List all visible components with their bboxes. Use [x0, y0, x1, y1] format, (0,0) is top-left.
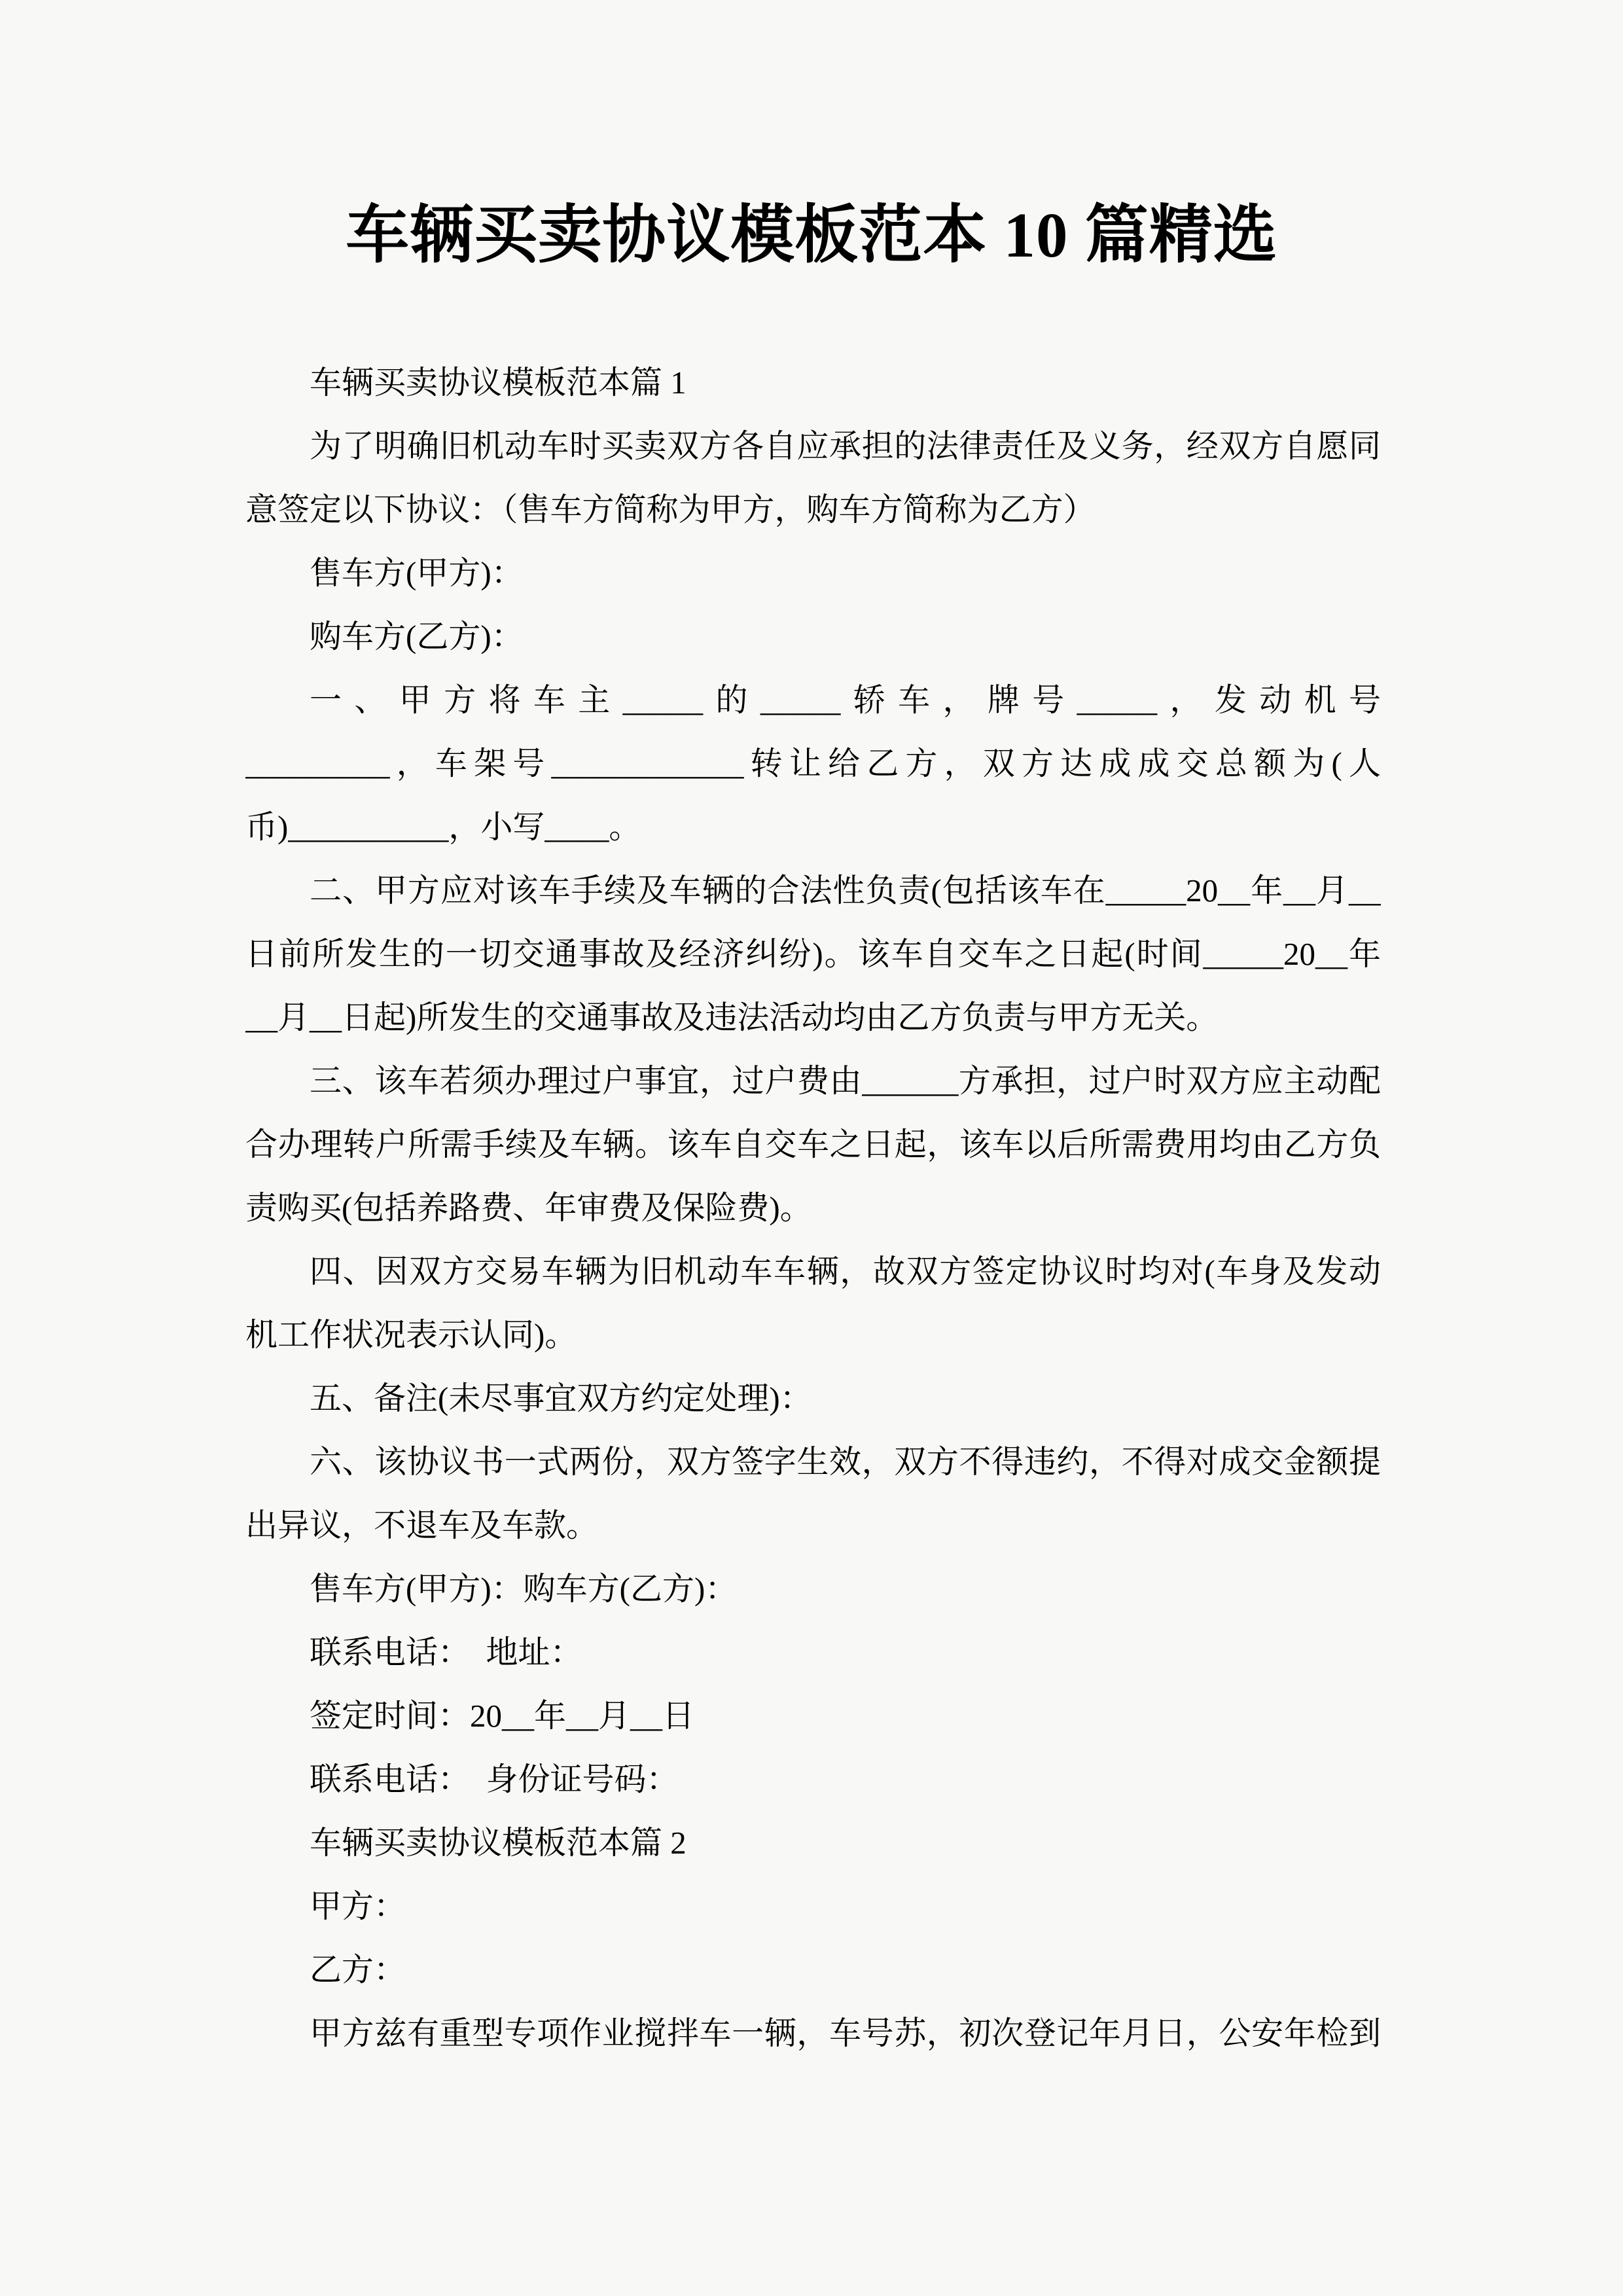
document-body: 车辆买卖协议模板范本篇 1为了明确旧机动车时买卖双方各自应承担的法律责任及义务，… [245, 351, 1381, 2065]
text-line: 合办理转户所需手续及车辆。该车自交车之日起，该车以后所需费用均由乙方负 [245, 1113, 1381, 1176]
text-line: _________，车架号____________转让给乙方，双方达成成交总额为… [245, 732, 1381, 795]
text-line: 乙方： [245, 1938, 1381, 2001]
text-line: 甲方： [245, 1874, 1381, 1938]
text-line: 五、备注(未尽事宜双方约定处理)： [245, 1367, 1381, 1430]
text-line: 一、甲方将车主_____的_____轿车，牌号_____，发动机号 [245, 668, 1381, 732]
text-line: 意签定以下协议：（售车方简称为甲方，购车方简称为乙方） [245, 478, 1381, 541]
text-line: 联系电话： 地址： [245, 1621, 1381, 1684]
text-line: 售车方(甲方)： [245, 541, 1381, 605]
text-line: 四、因双方交易车辆为旧机动车车辆，故双方签定协议时均对(车身及发动 [245, 1240, 1381, 1303]
text-line: 责购买(包括养路费、年审费及保险费)。 [245, 1176, 1381, 1240]
text-line: 车辆买卖协议模板范本篇 1 [245, 351, 1381, 414]
text-line: 三、该车若须办理过户事宜，过户费由______方承担，过户时双方应主动配 [245, 1049, 1381, 1113]
text-line: 售车方(甲方)：购车方(乙方)： [245, 1557, 1381, 1621]
text-line: 车辆买卖协议模板范本篇 2 [245, 1811, 1381, 1874]
text-line: 联系电话： 身份证号码： [245, 1748, 1381, 1811]
text-line: __月__日起)所发生的交通事故及违法活动均由乙方负责与甲方无关。 [245, 986, 1381, 1049]
text-line: 为了明确旧机动车时买卖双方各自应承担的法律责任及义务，经双方自愿同 [245, 414, 1381, 478]
text-line: 出异议，不退车及车款。 [245, 1494, 1381, 1557]
document-page: 车辆买卖协议模板范本 10 篇精选 车辆买卖协议模板范本篇 1为了明确旧机动车时… [0, 0, 1623, 2296]
document-title: 车辆买卖协议模板范本 10 篇精选 [0, 196, 1623, 275]
scanned-document: { "page": { "background_color": "#f8f8f6… [0, 0, 1623, 2296]
text-line: 六、该协议书一式两份，双方签字生效，双方不得违约，不得对成交金额提 [245, 1430, 1381, 1494]
text-line: 币)__________，小写____。 [245, 795, 1381, 859]
text-line: 甲方兹有重型专项作业搅拌车一辆，车号苏，初次登记年月日，公安年检到 [245, 2001, 1381, 2065]
text-line: 日前所发生的一切交通事故及经济纠纷)。该车自交车之日起(时间_____20__年 [245, 922, 1381, 986]
text-line: 购车方(乙方)： [245, 605, 1381, 668]
text-line: 签定时间：20__年__月__日 [245, 1684, 1381, 1748]
text-line: 二、甲方应对该车手续及车辆的合法性负责(包括该车在_____20__年__月__ [245, 859, 1381, 922]
text-line: 机工作状况表示认同)。 [245, 1303, 1381, 1367]
